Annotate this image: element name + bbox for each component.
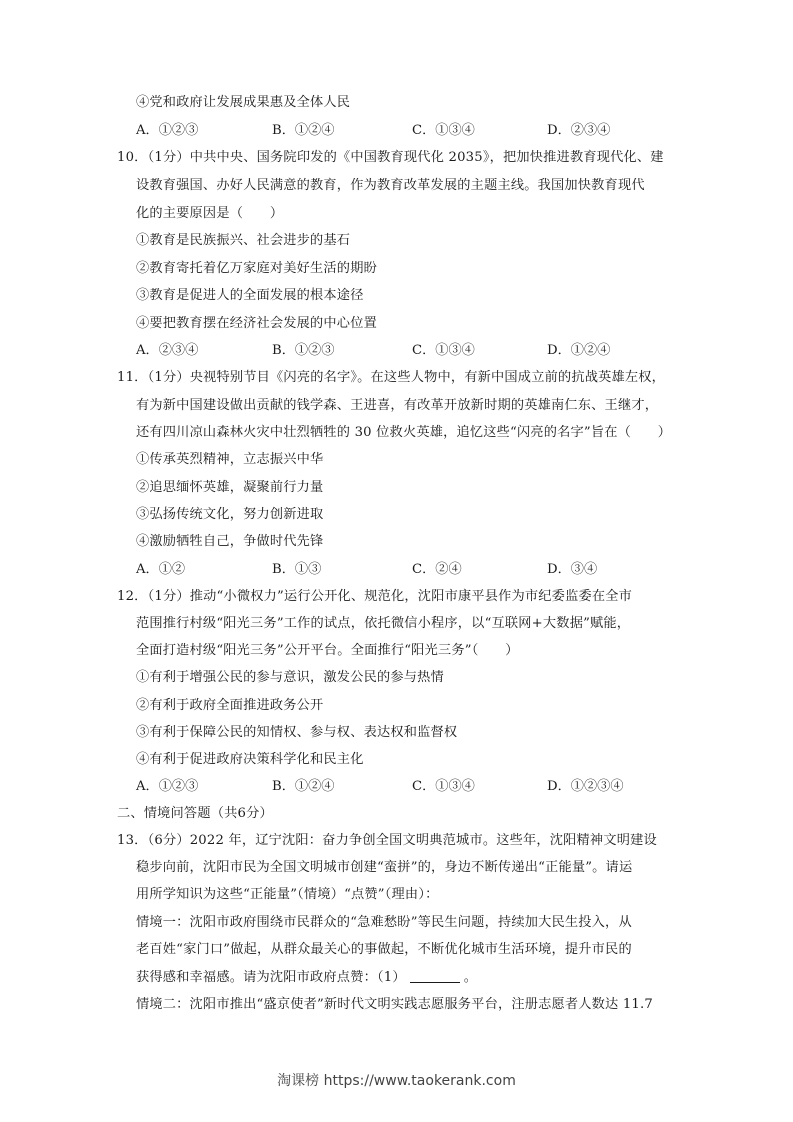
q12-stem-line-1: 12．（1分）推动“小微权力”运行公开化、规范化，沈阳市康平县作为市纪委监委在全… bbox=[117, 588, 632, 606]
q10-stem-line-2: 设教育强国、办好人民满意的教育，作为教育改革发展的主题主线。我国加快教育现代 bbox=[136, 177, 645, 195]
q11-item-4: ④激励牺牲自己，争做时代先锋 bbox=[136, 533, 323, 551]
q10-item-3: ③教育是促进人的全面发展的根本途径 bbox=[136, 287, 364, 305]
q12-option-a: A．①②③ bbox=[136, 778, 198, 796]
q9-option-c: C．①③④ bbox=[412, 122, 475, 140]
q12-item-3: ③有利于保障公民的知情权、参与权、表达权和监督权 bbox=[136, 724, 457, 742]
q9-item-4: ④党和政府让发展成果惠及全体人民 bbox=[136, 94, 350, 112]
q11-stem-line-3: 还有四川凉山森林火灾中壮烈牺牲的 30 位救火英雄，追忆这些“闪亮的名字”旨在（… bbox=[136, 424, 671, 442]
q11-stem-line-2: 有为新中国建设做出贡献的钱学森、王进喜，有改革开放新时期的英雄南仁东、王继才， bbox=[136, 397, 658, 415]
q12-stem-line-2: 范围推行村级“阳光三务”工作的试点，依托微信小程序，以“互联网+大数据”赋能， bbox=[136, 615, 630, 633]
q13-stem-line-2: 稳步向前，沈阳市民为全国文明城市创建“蛮拼”的，身边不断传递出“正能量”。请运 bbox=[136, 859, 632, 877]
q10-stem-line-3: 化的主要原因是（ ） bbox=[136, 205, 283, 223]
q13-stem-line-1: 13．（6分）2022 年，辽宁沈阳：奋力争创全国文明典范城市。这些年，沈阳精神… bbox=[117, 832, 657, 850]
q10-stem-line-1: 10．（1分）中共中央、国务院印发的《中国教育现代化 2035》，把加快推进教育… bbox=[117, 149, 664, 167]
section-2-title: 二、情境问答题（共6分） bbox=[117, 805, 273, 823]
q10-item-4: ④要把教育摆在经济社会发展的中心位置 bbox=[136, 315, 377, 333]
q10-option-d: D．①②④ bbox=[547, 342, 610, 360]
q13-scene-1-end: 。 bbox=[464, 970, 477, 985]
q12-item-4: ④有利于促进政府决策科学化和民主化 bbox=[136, 751, 364, 769]
answer-blank-1[interactable] bbox=[410, 968, 460, 983]
q12-stem-line-3: 全面打造村级“阳光三务”公开平台。全面推行“阳光三务”（ ） bbox=[136, 642, 519, 660]
q13-stem-line-3: 用所学知识为这些“正能量”（情境）“点赞”（理由）： bbox=[136, 886, 439, 904]
q11-item-1: ①传承英烈精神，立志振兴中华 bbox=[136, 451, 323, 469]
q12-option-b: B．①②④ bbox=[272, 778, 334, 796]
q11-item-2: ②追思缅怀英雄，凝聚前行力量 bbox=[136, 479, 323, 497]
q12-option-c: C．①③④ bbox=[412, 778, 475, 796]
q10-item-1: ①教育是民族振兴、社会进步的基石 bbox=[136, 232, 350, 250]
q10-item-2: ②教育寄托着亿万家庭对美好生活的期盼 bbox=[136, 260, 377, 278]
q10-option-c: C．①③④ bbox=[412, 342, 475, 360]
q11-option-b: B．①③ bbox=[272, 561, 321, 579]
q10-option-a: A．②③④ bbox=[136, 342, 198, 360]
q9-option-d: D．②③④ bbox=[547, 122, 610, 140]
q12-option-d: D．①②③④ bbox=[547, 778, 624, 796]
q12-item-1: ①有利于增强公民的参与意识，激发公民的参与热情 bbox=[136, 669, 444, 687]
q11-option-c: C．②④ bbox=[412, 561, 462, 579]
q9-option-b: B．①②④ bbox=[272, 122, 334, 140]
q11-option-d: D．③④ bbox=[547, 561, 597, 579]
q11-item-3: ③弘扬传统文化，努力创新进取 bbox=[136, 506, 323, 524]
q12-item-2: ②有利于政府全面推进政务公开 bbox=[136, 697, 323, 715]
q10-option-b: B．①②③ bbox=[272, 342, 334, 360]
q13-scene-1-line-3: 获得感和幸福感。请为沈阳市政府点赞：（1）。 bbox=[136, 968, 477, 987]
q11-stem-line-1: 11．（1分）央视特别节目《闪亮的名字》。在这些人物中，有新中国成立前的抗战英雄… bbox=[117, 369, 665, 387]
q11-option-a: A．①② bbox=[136, 561, 185, 579]
q13-scene-1-line-1: 情境一：沈阳市政府围绕市民群众的“急难愁盼”等民生问题，持续加大民生投入，从 bbox=[136, 914, 632, 932]
footer-watermark: 淘课榜 https://www.taokerank.com bbox=[0, 1070, 793, 1090]
q13-scene-1-line-2: 老百姓“家门口”做起，从群众最关心的事做起，不断优化城市生活环境，提升市民的 bbox=[136, 941, 632, 959]
exam-page: ④党和政府让发展成果惠及全体人民 A．①②③ B．①②④ C．①③④ D．②③④… bbox=[0, 0, 793, 1122]
q13-scene-2-line-1: 情境二：沈阳市推出“盛京使者”新时代文明实践志愿服务平台，注册志愿者人数达 11… bbox=[136, 996, 653, 1014]
q13-scene-1-prompt: 获得感和幸福感。请为沈阳市政府点赞：（1） bbox=[136, 970, 406, 985]
q9-option-a: A．①②③ bbox=[136, 122, 198, 140]
